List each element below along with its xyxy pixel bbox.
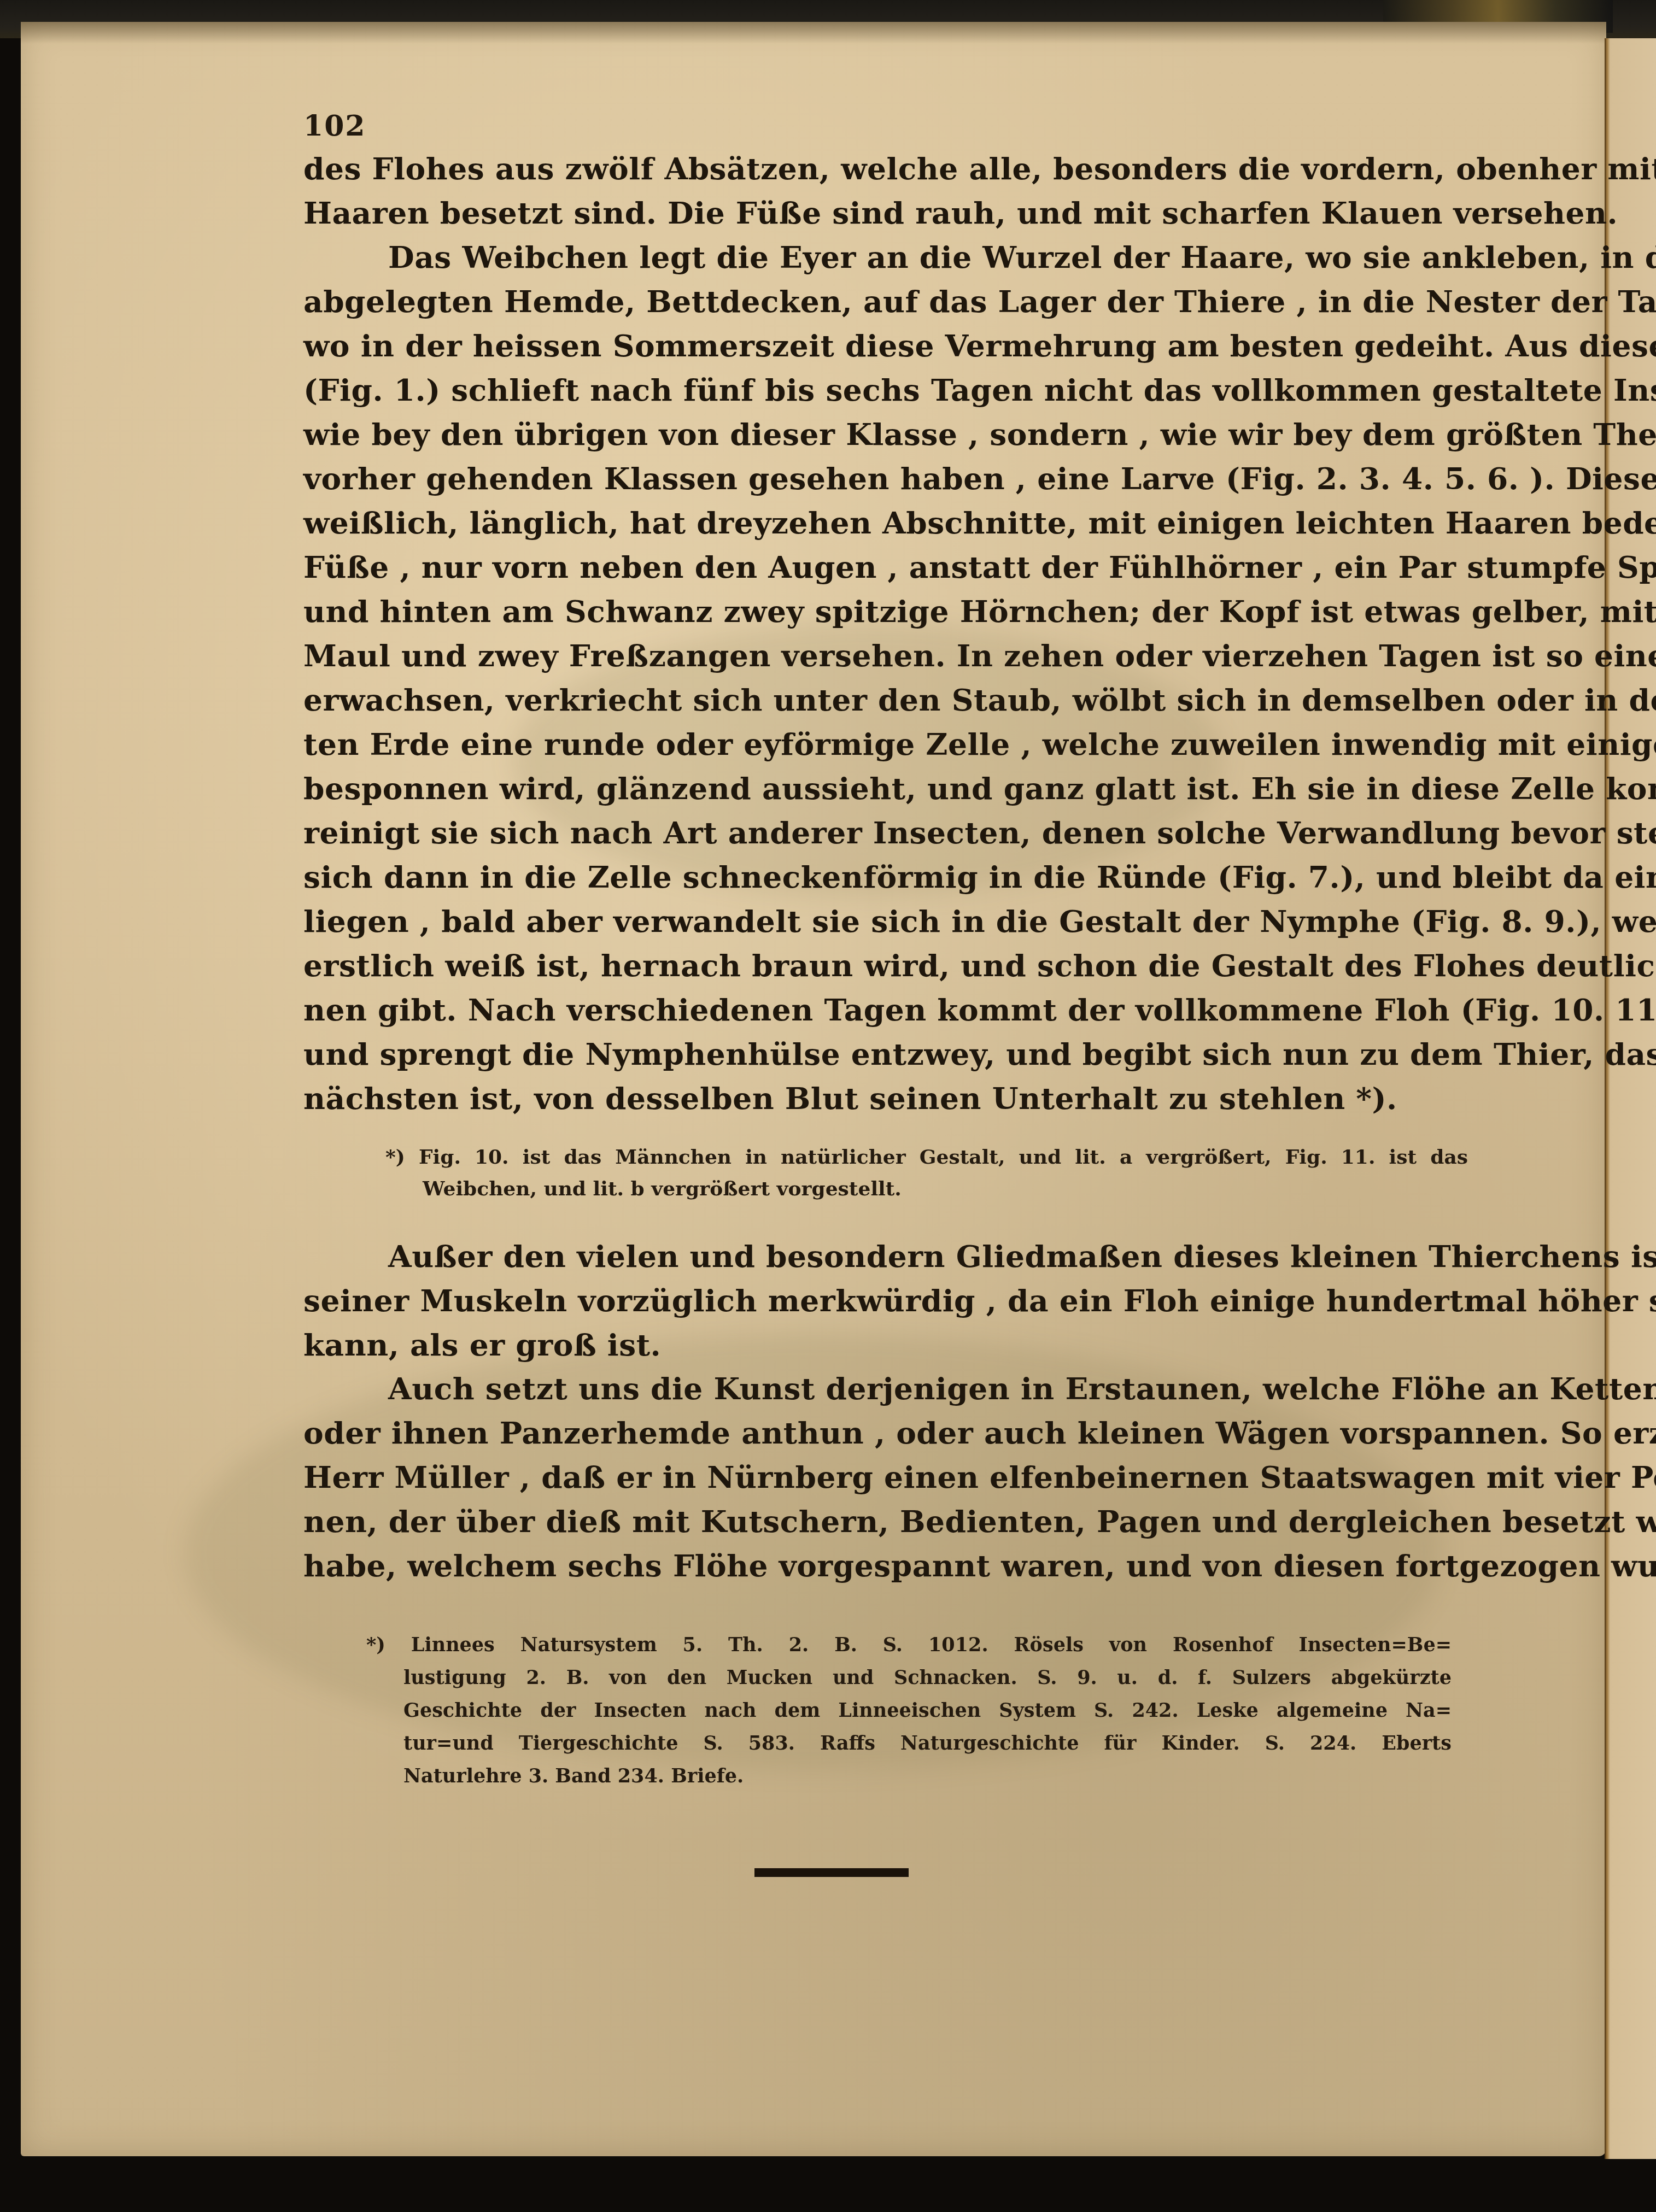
text-line: und hinten am Schwanz zwey spitzige Hörn… (303, 589, 1479, 633)
text-line: habe, welchem sechs Flöhe vorgespannt wa… (303, 1544, 1479, 1588)
section-end-rule (754, 1868, 909, 1877)
text-line: wo in der heissen Sommerszeit diese Verm… (303, 324, 1479, 368)
text-line: erwachsen, verkriecht sich unter den Sta… (303, 678, 1479, 722)
text-line: Außer den vielen und besondern Gliedmaße… (303, 1234, 1479, 1278)
text-line: nen gibt. Nach verschiedenen Tagen kommt… (303, 988, 1479, 1032)
text-line: sich dann in die Zelle schneckenförmig i… (303, 855, 1479, 899)
footnote-line: lustigung 2. B. von den Mucken und Schna… (366, 1662, 1452, 1694)
footnote-line: Weibchen, und lit. b vergrößert vorgeste… (385, 1173, 1468, 1205)
text-line: wie bey den übrigen von dieser Klasse , … (303, 412, 1479, 456)
text-line: nächsten ist, von desselben Blut seinen … (303, 1076, 1479, 1120)
text-line: nen, der über dieß mit Kutschern, Bedien… (303, 1499, 1479, 1544)
footnote-line: Naturlehre 3. Band 234. Briefe. (366, 1760, 1452, 1793)
text-line: besponnen wird, glänzend aussieht, und g… (303, 766, 1479, 811)
footnote-line: *) Linnees Natursystem 5. Th. 2. B. S. 1… (366, 1629, 1452, 1662)
text-line: Herr Müller , daß er in Nürnberg einen e… (303, 1455, 1479, 1499)
text-line: vorher gehenden Klassen gesehen haben , … (303, 456, 1479, 501)
text-line: Das Weibchen legt die Eyer an die Wurzel… (303, 235, 1479, 279)
text-line: abgelegten Hemde, Bettdecken, auf das La… (303, 279, 1479, 324)
text-line: seiner Muskeln vorzüglich merkwürdig , d… (303, 1278, 1479, 1323)
text-line: des Flohes aus zwölf Absätzen, welche al… (303, 146, 1479, 191)
text-line: (Fig. 1.) schlieft nach fünf bis sechs T… (303, 368, 1479, 412)
text-line: Maul und zwey Freßzangen versehen. In ze… (303, 633, 1479, 678)
footnote-line: *) Fig. 10. ist das Männchen in natürlic… (385, 1141, 1468, 1173)
text-line: Füße , nur vorn neben den Augen , anstat… (303, 545, 1479, 589)
text-line: reinigt sie sich nach Art anderer Insect… (303, 811, 1479, 855)
text-line: Auch setzt uns die Kunst derjenigen in E… (303, 1366, 1479, 1411)
text-line: und sprengt die Nymphenhülse entzwey, un… (303, 1032, 1479, 1076)
footnote-figures: *) Fig. 10. ist das Männchen in natürlic… (385, 1141, 1468, 1205)
page-number: 102 (303, 109, 366, 143)
footnote-line: tur=und Tiergeschichte S. 583. Raffs Nat… (366, 1727, 1452, 1760)
paragraph-jumping-strength: Außer den vielen und besondern Gliedmaße… (303, 1234, 1479, 1367)
footnote-references: *) Linnees Natursystem 5. Th. 2. B. S. 1… (366, 1629, 1452, 1793)
paragraph-flea-circus: Auch setzt uns die Kunst derjenigen in E… (303, 1366, 1479, 1588)
text-line: ten Erde eine runde oder eyförmige Zelle… (303, 722, 1479, 766)
paragraph-metamorphosis: Das Weibchen legt die Eyer an die Wurzel… (303, 235, 1479, 1120)
footnote-line: Geschichte der Insecten nach dem Linneei… (366, 1694, 1452, 1727)
text-line: oder ihnen Panzerhemde anthun , oder auc… (303, 1411, 1479, 1455)
text-line: Haaren besetzt sind. Die Füße sind rauh,… (303, 191, 1479, 235)
text-line: liegen , bald aber verwandelt sie sich i… (303, 899, 1479, 943)
text-line: erstlich weiß ist, hernach braun wird, u… (303, 943, 1479, 988)
text-line: kann, als er groß ist. (303, 1323, 1479, 1367)
paragraph-continuation: des Flohes aus zwölf Absätzen, welche al… (303, 146, 1479, 235)
text-line: weißlich, länglich, hat dreyzehen Abschn… (303, 501, 1479, 545)
